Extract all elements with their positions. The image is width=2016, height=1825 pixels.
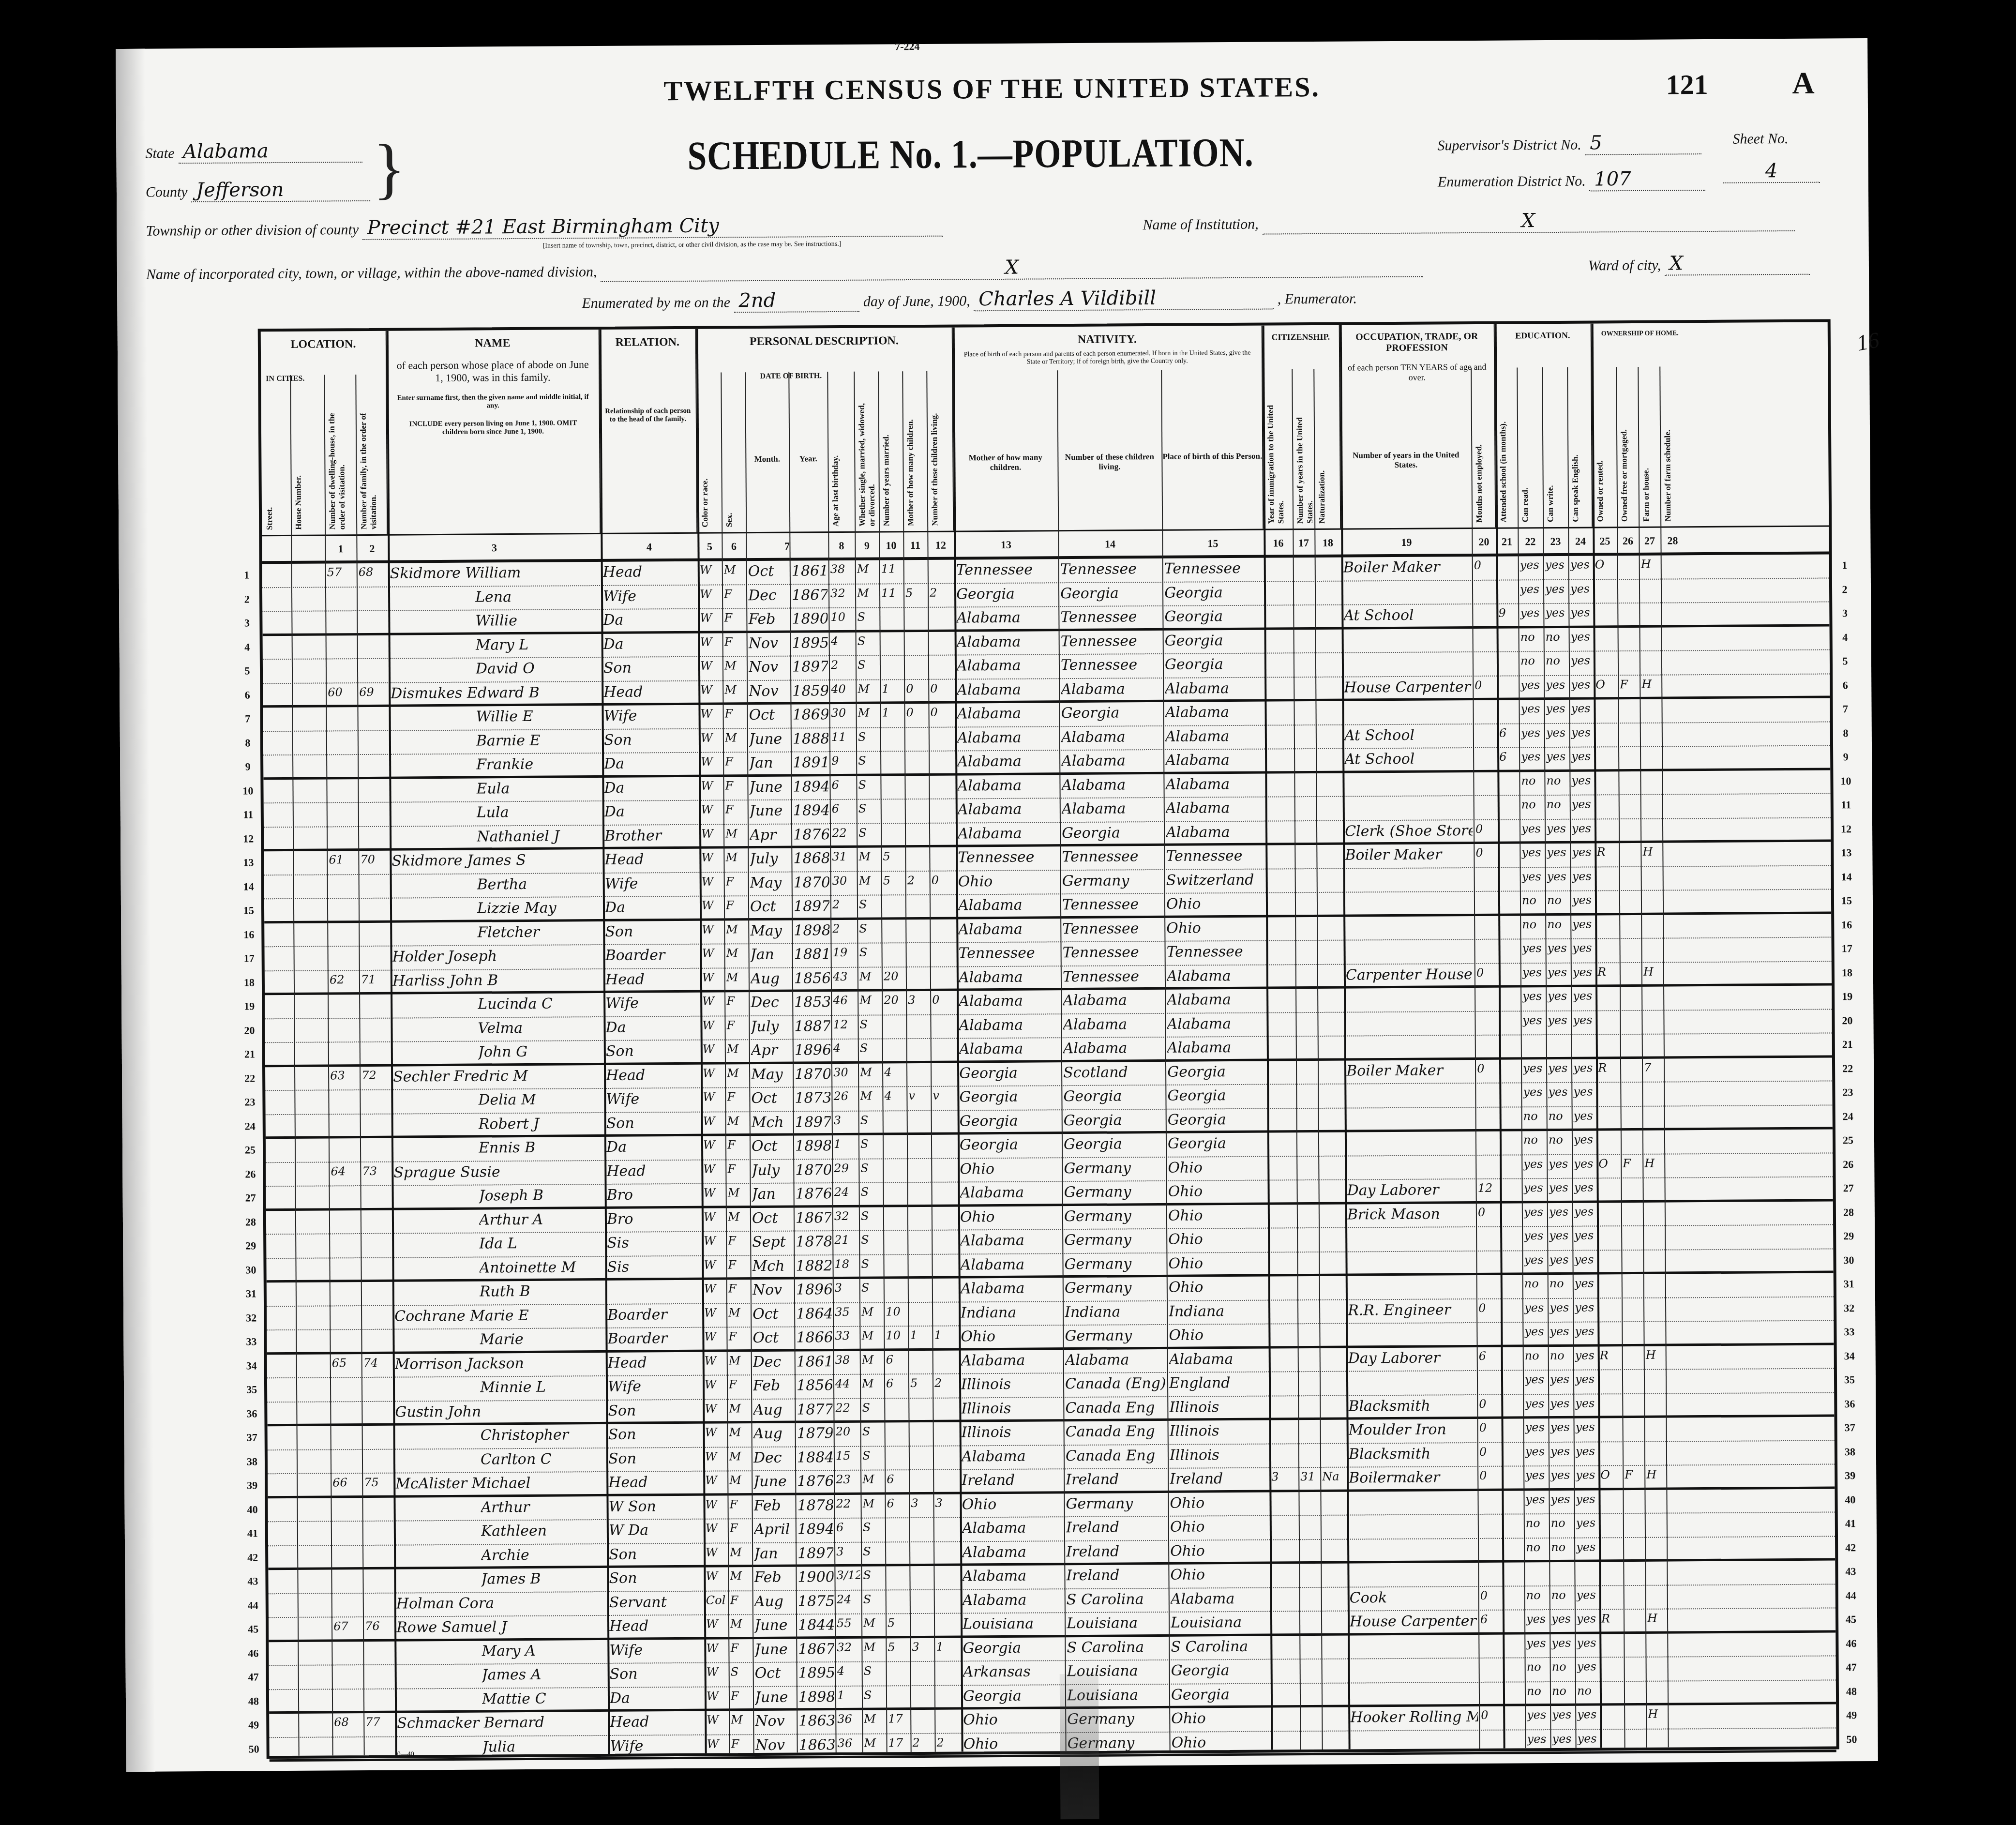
cell-month: Aug: [751, 970, 791, 992]
cell-name: Delia M: [478, 1091, 603, 1113]
line-number: 18: [240, 976, 259, 989]
cell-name: Joseph B: [479, 1187, 604, 1209]
cell-occ: Boiler Maker: [1343, 558, 1471, 581]
cell-fb: Alabama: [1061, 776, 1162, 798]
cell-mb: Switzerland: [1166, 871, 1265, 893]
line-number: 48: [1842, 1685, 1861, 1698]
cell-ms: S: [862, 1424, 884, 1446]
cell-year: 1897: [795, 1114, 831, 1135]
cell-eng: yes: [1572, 893, 1594, 914]
cell-month: Nov: [749, 682, 789, 704]
line-number: 15: [239, 904, 258, 917]
enumerator-suffix: , Enumerator.: [1278, 290, 1357, 307]
column-number: 16: [1264, 537, 1293, 549]
cell-sex: F: [728, 1234, 749, 1255]
cell-month: Feb: [748, 611, 789, 633]
cell-race: W: [701, 827, 722, 848]
institution-field: Name of Institution, X: [1143, 208, 1794, 235]
line-number: 44: [243, 1599, 263, 1612]
cell-name: Antoinette M: [479, 1258, 604, 1281]
line-number: 31: [241, 1287, 261, 1300]
cell-race: W: [701, 850, 722, 872]
cell-farm: H: [1641, 558, 1660, 579]
cell-occ: House Carpenter: [1350, 1613, 1477, 1635]
column-number: 23: [1543, 535, 1568, 548]
cell-eng: yes: [1574, 1252, 1596, 1274]
cell-year: 1870: [794, 874, 829, 895]
cell-pb: Ohio: [960, 1160, 1061, 1182]
cell-unemp: 0: [1479, 1397, 1500, 1418]
cell-month: Mch: [752, 1114, 792, 1135]
cell-age: 29: [834, 1161, 858, 1182]
cell-write: no: [1546, 773, 1568, 795]
header-name: NAME of each person whose place of abode…: [387, 330, 601, 534]
cell-fb: Germany: [1065, 1279, 1166, 1301]
cell-race: W: [702, 970, 723, 992]
cell-fb: Ireland: [1066, 1542, 1167, 1564]
cell-free: F: [1623, 1156, 1641, 1177]
cell-pb: Georgia: [963, 1687, 1064, 1709]
cell-ym: 5: [883, 874, 904, 895]
cell-write: yes: [1550, 1373, 1572, 1394]
cell-pb: Alabama: [959, 992, 1060, 1014]
cell-sex: F: [730, 1593, 752, 1614]
cell-unemp: 0: [1478, 1205, 1499, 1226]
nativity-title: NATIVITY.: [953, 326, 1262, 347]
cell-sex: M: [729, 1402, 750, 1423]
cell-mc: v: [908, 1089, 930, 1110]
cell-race: W: [700, 611, 721, 632]
cell-ym: 10: [886, 1328, 907, 1350]
cell-sex: F: [726, 994, 748, 1015]
cell-eng: yes: [1576, 1444, 1597, 1465]
cell-name: Ennis B: [479, 1139, 603, 1161]
cell-ms: M: [861, 1305, 883, 1326]
cell-race: W: [702, 922, 723, 944]
cell-read: yes: [1524, 1325, 1547, 1346]
cell-mb: Ohio: [1168, 1159, 1266, 1180]
cell-read: yes: [1525, 1468, 1548, 1490]
cell-rel: Da: [605, 899, 699, 920]
cell-read: yes: [1525, 1397, 1547, 1418]
cell-ym: 6: [887, 1472, 908, 1493]
header-nativity: NATIVITY. Place of birth of each person …: [953, 326, 1264, 531]
cell-eng: yes: [1573, 965, 1595, 986]
cell-age: 21: [834, 1233, 858, 1254]
line-number: 10: [1836, 775, 1855, 787]
cell-year: 1882: [796, 1257, 831, 1279]
cell-rel: W Da: [609, 1522, 703, 1543]
cell-year: 1878: [797, 1497, 833, 1518]
cell-write: yes: [1547, 821, 1569, 843]
cell-sex: F: [728, 1258, 749, 1279]
cell-age: 40: [831, 682, 855, 703]
cell-fam: 71: [361, 972, 390, 994]
cell-rel: Head: [606, 1066, 700, 1088]
cell-write: no: [1547, 798, 1569, 819]
cell-pb: Alabama: [958, 920, 1059, 942]
cell-ym: 6: [886, 1353, 907, 1374]
cell-ms: S: [859, 921, 880, 943]
column-label: Color or race.: [700, 401, 720, 527]
cell-fb: Indiana: [1065, 1303, 1166, 1325]
cell-race: W: [705, 1402, 726, 1423]
cell-ym: 10: [886, 1305, 907, 1326]
cell-race: W: [701, 731, 722, 752]
cell-month: Oct: [752, 1138, 792, 1160]
cell-month: Oct: [748, 563, 789, 585]
column-label: Naturalization.: [1317, 398, 1339, 524]
cell-write: yes: [1547, 845, 1569, 867]
cell-mb: Alabama: [1167, 1015, 1265, 1037]
line-number: 8: [238, 737, 257, 749]
cell-eng: yes: [1571, 653, 1593, 675]
page-letter: A: [1792, 65, 1815, 101]
cell-name: Harliss John B: [392, 971, 602, 994]
line-number: 5: [1835, 655, 1855, 667]
cell-name: Carlton C: [481, 1450, 605, 1472]
cell-race: W: [700, 683, 722, 704]
cell-read: yes: [1522, 989, 1545, 1011]
cell-eng: yes: [1574, 1157, 1595, 1178]
cell-sex: F: [726, 1018, 748, 1040]
cell-ms: S: [859, 1017, 881, 1039]
cell-ms: S: [858, 658, 879, 679]
cell-own: O: [1595, 558, 1616, 579]
cell-race: W: [704, 1282, 725, 1303]
cell-race: W: [704, 1306, 725, 1327]
cell-fb: Scotland: [1063, 1063, 1164, 1085]
cell-fb: Alabama: [1065, 1351, 1166, 1373]
cell-year: 1900: [797, 1569, 833, 1590]
cell-dw: 60: [328, 685, 356, 707]
cell-farm: H: [1647, 1612, 1666, 1633]
cell-sex: F: [727, 1162, 749, 1183]
cell-ms: M: [863, 1616, 885, 1637]
cell-occ: At School: [1344, 726, 1472, 748]
line-number: 17: [1837, 942, 1857, 955]
column-label: Number of years in the United States.: [1340, 450, 1471, 470]
cell-ms: M: [859, 969, 881, 991]
cell-write: yes: [1545, 582, 1567, 603]
cell-month: Nov: [749, 634, 789, 656]
cell-pb: Alabama: [961, 1280, 1062, 1301]
cell-ms: S: [859, 897, 880, 919]
cell-pb: Illinois: [962, 1423, 1063, 1445]
cell-race: W: [707, 1689, 728, 1710]
cell-mb: Alabama: [1165, 752, 1264, 773]
line-number: 37: [1840, 1421, 1860, 1434]
cell-eng: yes: [1574, 1109, 1595, 1130]
line-number: 24: [1838, 1110, 1858, 1123]
cell-cl: v: [933, 1089, 956, 1110]
cell-ms: M: [858, 706, 879, 727]
cell-month: Aug: [753, 1401, 794, 1423]
cell-mb: Georgia: [1164, 584, 1263, 605]
cell-age: 43: [833, 969, 857, 991]
cell-name: Holder Joseph: [392, 947, 602, 970]
cell-age: 6: [831, 778, 855, 799]
cell-fb: Ireland: [1066, 1519, 1167, 1540]
cell-read: yes: [1521, 822, 1544, 843]
cell-ms: M: [860, 1089, 881, 1110]
cell-race: W: [705, 1473, 726, 1494]
column-number: 12: [927, 539, 954, 552]
cell-mb: Louisiana: [1171, 1614, 1269, 1636]
cell-year: 1890: [792, 610, 827, 632]
cell-sex: M: [729, 1449, 751, 1471]
cell-mb: Tennessee: [1166, 847, 1264, 869]
cell-pb: Alabama: [961, 1352, 1062, 1373]
cell-mb: Alabama: [1165, 775, 1264, 797]
cell-mb: S Carolina: [1171, 1638, 1269, 1659]
line-number: 36: [242, 1407, 261, 1420]
line-number: 21: [1838, 1038, 1857, 1051]
cell-year: 1895: [792, 634, 828, 656]
column-label: Sex.: [724, 401, 744, 527]
cell-mc: 3: [911, 1496, 932, 1517]
line-number: 13: [1836, 846, 1856, 859]
cell-fb: Germany: [1064, 1231, 1165, 1253]
cell-month: Oct: [755, 1665, 796, 1687]
cell-year: 1870: [795, 1161, 831, 1183]
line-number: 36: [1840, 1398, 1859, 1410]
cell-mb: Illinois: [1170, 1446, 1268, 1468]
cell-sex: M: [725, 850, 747, 872]
column-number: 21: [1496, 535, 1518, 548]
cell-ms: S: [857, 610, 878, 631]
line-number: 40: [243, 1503, 262, 1516]
cell-age: 4: [837, 1664, 861, 1686]
cell-pb: Alabama: [958, 800, 1059, 822]
supervisor-district-value: 5: [1585, 131, 1701, 155]
cell-age: 4: [831, 634, 855, 655]
cell-read: yes: [1525, 1445, 1548, 1466]
cell-sex: F: [726, 898, 747, 920]
form-code: 7-224: [895, 40, 919, 53]
cell-sex: F: [728, 1329, 750, 1351]
cell-ym: 20: [884, 993, 905, 1014]
cell-mb: Georgia: [1168, 1111, 1266, 1132]
cell-year: 1876: [797, 1473, 833, 1494]
cell-rel: Da: [604, 803, 698, 825]
cell-month: July: [750, 850, 790, 872]
cell-age: 26: [833, 1089, 857, 1111]
cell-own: R: [1598, 1061, 1619, 1082]
cell-mb: Alabama: [1169, 1350, 1268, 1372]
cell-name: Julia: [482, 1737, 607, 1760]
line-number: 7: [238, 712, 257, 725]
name-instr-2: INCLUDE every person living on June 1, 1…: [387, 409, 599, 437]
personal-title: PERSONAL DESCRIPTION.: [696, 328, 952, 349]
cell-mb: Georgia: [1165, 656, 1264, 678]
cell-ms: M: [857, 586, 878, 607]
cell-fb: Tennessee: [1060, 608, 1161, 630]
cell-occ: At School: [1343, 606, 1471, 629]
cell-fb: Germany: [1066, 1494, 1167, 1516]
cell-sex: M: [729, 1473, 751, 1494]
cell-occ: Blacksmith: [1348, 1397, 1476, 1419]
cell-rel: Boarder: [605, 947, 699, 968]
cell-write: yes: [1550, 1396, 1572, 1418]
cell-name: Marie: [480, 1330, 604, 1353]
cell-sex: M: [731, 1713, 752, 1734]
cell-age: 15: [836, 1448, 859, 1470]
cell-write: yes: [1549, 1157, 1571, 1178]
cell-sex: M: [728, 1306, 750, 1327]
cell-write: yes: [1548, 1085, 1570, 1106]
cell-write: yes: [1550, 1444, 1573, 1465]
cell-ym: 4: [884, 1065, 905, 1086]
cell-fb: Alabama: [1063, 1040, 1164, 1061]
cell-month: Sept: [752, 1234, 793, 1255]
cell-year: 1897: [792, 658, 828, 679]
column-label: Number of these children living.: [930, 400, 952, 526]
cell-fam: 72: [361, 1068, 390, 1089]
cell-name: Mary A: [481, 1642, 606, 1664]
cell-pb: Alabama: [962, 1519, 1063, 1541]
cell-read: no: [1520, 654, 1543, 675]
line-number: 16: [1837, 919, 1856, 931]
cell-farm: H: [1642, 845, 1661, 866]
column-label: Owned free or mortgaged.: [1619, 396, 1637, 522]
cell-eng: yes: [1575, 1348, 1597, 1370]
cell-eng: yes: [1574, 1132, 1595, 1154]
cell-write: yes: [1549, 1229, 1571, 1250]
cell-year: 1881: [794, 946, 830, 967]
column-label: Farm or house.: [1641, 396, 1659, 522]
cell-rel: Head: [603, 683, 697, 705]
cell-eng: yes: [1577, 1732, 1599, 1753]
cell-read: yes: [1526, 1612, 1549, 1633]
cell-read: yes: [1525, 1373, 1547, 1394]
column-label: Can write.: [1545, 396, 1566, 522]
column-label: Months not employed.: [1474, 397, 1494, 523]
cell-unemp: 0: [1479, 1445, 1501, 1466]
cell-fb: S Carolina: [1067, 1590, 1168, 1612]
cell-occ: Hooker Rolling Mill: [1350, 1708, 1478, 1731]
ward-label: Ward of city,: [1588, 257, 1661, 274]
cell-year: 1868: [793, 850, 829, 871]
cell-pb: Alabama: [958, 825, 1059, 846]
cell-dw: 57: [327, 565, 356, 587]
cell-fb: Ireland: [1066, 1471, 1167, 1493]
cell-race: W: [705, 1449, 726, 1471]
line-number: 28: [241, 1216, 260, 1228]
cell-write: no: [1547, 917, 1569, 938]
cell-sex: M: [724, 659, 746, 680]
cell-read: yes: [1522, 870, 1544, 891]
cell-sex: F: [727, 1138, 749, 1159]
cell-ms: S: [863, 1592, 885, 1614]
cell-month: Oct: [750, 898, 791, 920]
ward-value: X: [1665, 252, 1810, 276]
cell-cl: 0: [932, 873, 955, 894]
line-number: 31: [1839, 1278, 1859, 1290]
column-label: Year of immigration to the United States…: [1266, 398, 1291, 524]
cell-ym: 6: [887, 1496, 908, 1518]
cell-read: yes: [1523, 1085, 1545, 1106]
cell-age: 1: [834, 1137, 858, 1159]
cell-unemp: 0: [1480, 1588, 1502, 1610]
cell-ms: S: [864, 1688, 885, 1709]
column-label: Number of these children living.: [1057, 452, 1161, 472]
cell-month: Aug: [754, 1593, 795, 1614]
relation-desc: Relationship of each person to the head …: [600, 349, 696, 424]
line-number: 23: [240, 1096, 259, 1108]
cell-dw: 62: [330, 973, 358, 994]
cell-race: W: [705, 1354, 726, 1375]
line-number: 46: [243, 1647, 263, 1659]
cell-unemp: 6: [1479, 1349, 1500, 1370]
column-number: 24: [1568, 535, 1593, 547]
cell-nat: Na: [1322, 1470, 1346, 1491]
cell-pb: Alabama: [963, 1591, 1064, 1613]
line-number: 23: [1838, 1086, 1857, 1099]
cell-year: 1867: [796, 1209, 831, 1231]
cell-read: yes: [1524, 1181, 1546, 1202]
cell-fam: 69: [359, 685, 388, 706]
institution-value: X: [1262, 208, 1794, 235]
cell-rel: Da: [605, 1018, 699, 1040]
line-number: 4: [238, 641, 257, 653]
line-number: 20: [1837, 1014, 1857, 1027]
cell-pb: Georgia: [959, 1088, 1060, 1110]
cell-unemp: 0: [1476, 965, 1498, 987]
cell-rel: Head: [608, 1474, 702, 1495]
cell-name: Rowe Samuel J: [396, 1618, 606, 1641]
cell-month: Oct: [752, 1305, 793, 1327]
cell-year: 1867: [798, 1641, 834, 1662]
cell-rel: Servant: [609, 1593, 703, 1615]
date-of-birth-label: DATE OF BIRTH.: [750, 372, 832, 381]
cell-year: 1869: [792, 706, 828, 727]
cell-year: 1870: [795, 1066, 830, 1087]
cell-read: yes: [1521, 750, 1543, 771]
cell-rel: Son: [610, 1665, 704, 1687]
cell-name: Lizzie May: [477, 899, 602, 921]
cell-read: no: [1521, 798, 1544, 819]
cell-occ: R.R. Engineer: [1348, 1301, 1475, 1323]
cell-rel: Sis: [607, 1234, 701, 1256]
page-number: 121: [1666, 68, 1708, 101]
cell-name: Morrison Jackson: [395, 1354, 605, 1377]
cell-fb: Georgia: [1064, 1135, 1165, 1157]
cell-eng: yes: [1577, 1588, 1598, 1609]
line-number: 15: [1837, 894, 1856, 907]
line-number: 26: [241, 1168, 260, 1180]
cell-pb: Alabama: [957, 753, 1058, 774]
cell-ms: S: [863, 1544, 884, 1566]
column-label: Attended school (in months).: [1498, 396, 1516, 522]
cell-eng: yes: [1577, 1707, 1599, 1729]
cell-pb: Ireland: [962, 1471, 1063, 1493]
cell-mc: 0: [906, 706, 927, 727]
cell-mb: Ohio: [1166, 895, 1265, 917]
cell-read: yes: [1522, 965, 1545, 987]
cell-mb: Alabama: [1166, 799, 1264, 821]
cell-age: 1: [837, 1688, 861, 1709]
cell-ms: S: [863, 1568, 884, 1589]
cell-name: Frankie: [476, 755, 601, 778]
cell-age: 30: [833, 1065, 857, 1086]
cell-race: W: [700, 563, 721, 584]
cell-race: W: [705, 1497, 726, 1519]
cell-eng: yes: [1572, 941, 1594, 962]
cell-rel: Son: [605, 922, 699, 944]
cell-fb: Georgia: [1063, 1087, 1164, 1109]
line-number: 47: [1842, 1661, 1861, 1674]
